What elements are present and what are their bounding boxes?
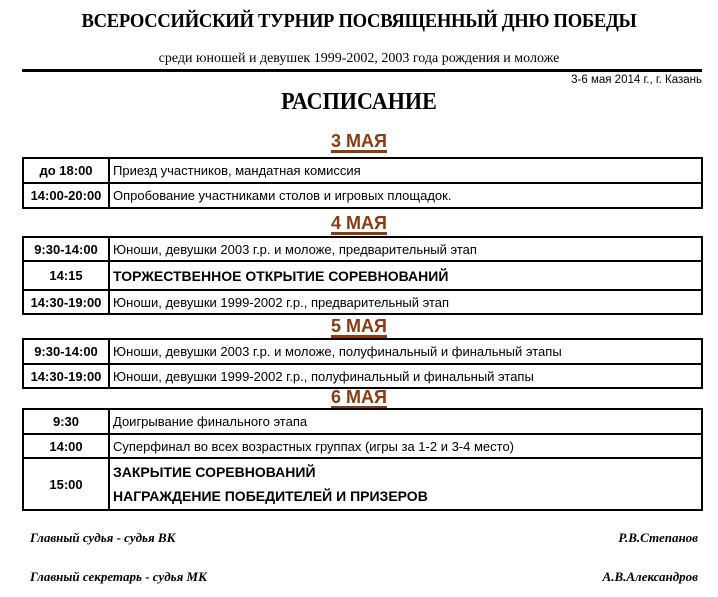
table-row: 14:00-20:00 Опробование участниками стол… <box>23 183 702 208</box>
event-description: Доигрывание финального этапа <box>109 409 702 434</box>
event-description: ТОРЖЕСТВЕННОЕ ОТКРЫТИЕ СОРЕВНОВАНИЙ <box>109 261 702 290</box>
signature-role: Главный секретарь - судья МК <box>30 569 207 585</box>
table-row: 9:30-14:00 Юноши, девушки 2003 г.р. и мо… <box>23 339 702 364</box>
date-location: 3-6 мая 2014 г., г. Казань <box>571 74 702 86</box>
event-description: Опробование участниками столов и игровых… <box>109 183 702 208</box>
event-time: 14:30-19:00 <box>23 290 109 314</box>
day-schedule-table: 9:30-14:00 Юноши, девушки 2003 г.р. и мо… <box>22 236 703 315</box>
event-description: ЗАКРЫТИЕ СОРЕВНОВАНИЙ НАГРАЖДЕНИЕ ПОБЕДИ… <box>109 458 702 510</box>
day-heading-label: 4 МАЯ <box>331 214 387 235</box>
signature-name: А.В.Александров <box>603 569 698 585</box>
event-description: Юноши, девушки 1999-2002 г.р., предварит… <box>109 290 702 314</box>
day-schedule-table: 9:30 Доигрывание финального этапа 14:00 … <box>22 408 703 511</box>
day-heading: 5 МАЯ <box>0 316 718 338</box>
header-divider <box>22 69 702 72</box>
day-heading-label: 6 МАЯ <box>331 388 387 409</box>
table-row: 14:00 Суперфинал во всех возрастных груп… <box>23 434 702 458</box>
day-heading-label: 5 МАЯ <box>331 317 387 338</box>
event-time: до 18:00 <box>23 158 109 183</box>
table-row: 9:30 Доигрывание финального этапа <box>23 409 702 434</box>
event-description-line: ЗАКРЫТИЕ СОРЕВНОВАНИЙ <box>113 460 698 484</box>
table-row: 14:15 ТОРЖЕСТВЕННОЕ ОТКРЫТИЕ СОРЕВНОВАНИ… <box>23 261 702 290</box>
day-heading: 4 МАЯ <box>0 213 718 235</box>
event-time: 14:30-19:00 <box>23 364 109 388</box>
event-description-line: НАГРАЖДЕНИЕ ПОБЕДИТЕЛЕЙ И ПРИЗЕРОВ <box>113 484 698 508</box>
event-time: 15:00 <box>23 458 109 510</box>
table-row: 14:30-19:00 Юноши, девушки 1999-2002 г.р… <box>23 364 702 388</box>
event-description: Юноши, девушки 2003 г.р. и моложе, полуф… <box>109 339 702 364</box>
table-row: 9:30-14:00 Юноши, девушки 2003 г.р. и мо… <box>23 237 702 261</box>
event-time: 9:30-14:00 <box>23 237 109 261</box>
event-time: 9:30-14:00 <box>23 339 109 364</box>
day-heading: 6 МАЯ <box>0 387 718 409</box>
table-row: 15:00 ЗАКРЫТИЕ СОРЕВНОВАНИЙ НАГРАЖДЕНИЕ … <box>23 458 702 510</box>
schedule-title: РАСПИСАНИЕ <box>29 89 690 116</box>
tournament-title: ВСЕРОССИЙСКИЙ ТУРНИР ПОСВЯЩЕННЫЙ ДНЮ ПОБ… <box>25 10 693 33</box>
signature-role: Главный судья - судья ВК <box>30 530 175 546</box>
day-schedule-table: 9:30-14:00 Юноши, девушки 2003 г.р. и мо… <box>22 338 703 389</box>
event-description: Суперфинал во всех возрастных группах (и… <box>109 434 702 458</box>
table-row: до 18:00 Приезд участников, мандатная ко… <box>23 158 702 183</box>
day-schedule-table: до 18:00 Приезд участников, мандатная ко… <box>22 157 703 209</box>
day-heading: 3 МАЯ <box>0 131 718 153</box>
event-description: Юноши, девушки 2003 г.р. и моложе, предв… <box>109 237 702 261</box>
event-time: 14:00-20:00 <box>23 183 109 208</box>
event-time: 14:15 <box>23 261 109 290</box>
tournament-subtitle: среди юношей и девушек 1999-2002, 2003 г… <box>0 51 718 67</box>
day-heading-label: 3 МАЯ <box>331 132 387 153</box>
event-description: Приезд участников, мандатная комиссия <box>109 158 702 183</box>
signature-name: Р.В.Степанов <box>618 530 698 546</box>
event-description: Юноши, девушки 1999-2002 г.р., полуфинал… <box>109 364 702 388</box>
event-time: 9:30 <box>23 409 109 434</box>
event-time: 14:00 <box>23 434 109 458</box>
table-row: 14:30-19:00 Юноши, девушки 1999-2002 г.р… <box>23 290 702 314</box>
